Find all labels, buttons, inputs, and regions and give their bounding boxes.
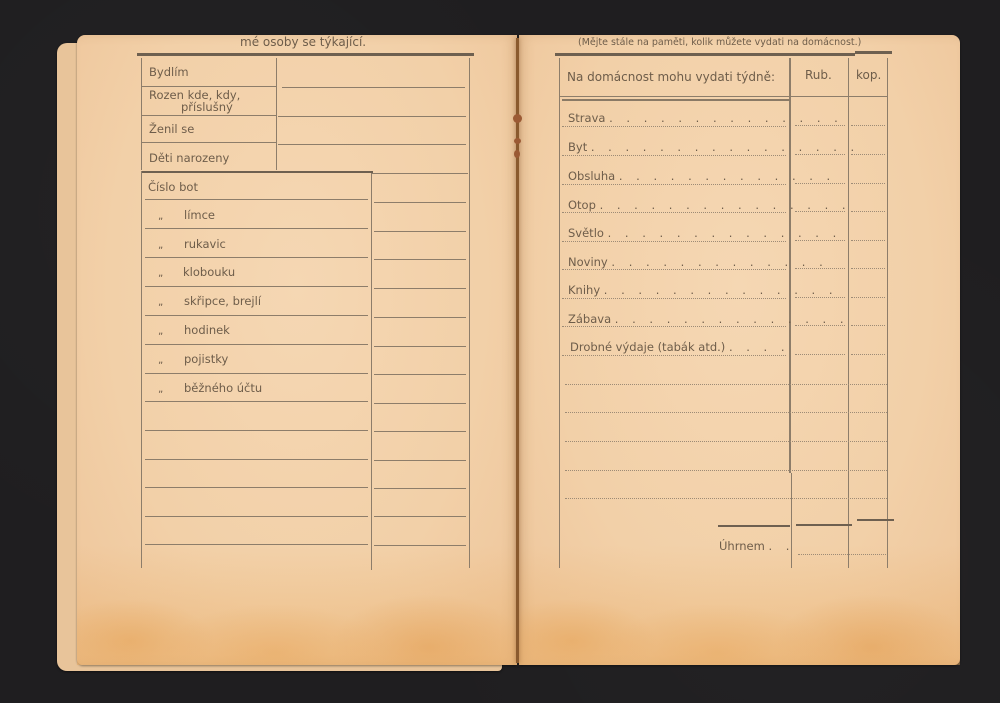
field-label-born-line2: příslušný: [181, 100, 233, 114]
row-divider: [141, 142, 276, 143]
field-label-children: Děti narozeny: [149, 151, 229, 165]
dotted-row-line: [795, 125, 845, 126]
left-page-header: mé osoby se týkající.: [240, 35, 366, 49]
left-page: [77, 35, 517, 665]
row-divider: [374, 202, 466, 203]
row-divider: [145, 401, 368, 402]
row-divider: [145, 459, 368, 460]
dotted-row-line: [795, 240, 845, 241]
rub-column-divider: [791, 473, 792, 568]
dotted-row-line: [562, 241, 786, 242]
row-divider: [141, 115, 276, 116]
ditto-mark: „: [158, 355, 163, 366]
table-divider: [276, 58, 277, 170]
rust-spot: [514, 150, 520, 158]
row-divider: [145, 430, 368, 431]
dotted-row-line: [795, 268, 845, 269]
row-divider: [145, 544, 368, 545]
row-divider: [372, 173, 468, 174]
dotted-row-line: [562, 155, 786, 156]
booklet-spine: [516, 38, 519, 663]
expense-row-small-expenses: Drobné výdaje (tabák atd.) . . . .: [570, 340, 790, 354]
total-rule: [796, 524, 852, 526]
dotted-row-line: [565, 470, 887, 471]
row-divider: [374, 403, 466, 404]
dotted-row-line: [795, 183, 845, 184]
total-rule: [857, 519, 894, 521]
dotted-row-line: [562, 298, 786, 299]
header-rule: [137, 53, 474, 56]
row-divider: [374, 231, 466, 232]
dotted-row-line: [795, 325, 845, 326]
dotted-row-line: [851, 297, 885, 298]
rust-spot: [513, 114, 522, 123]
row-divider: [374, 431, 466, 432]
dotted-row-line: [851, 154, 885, 155]
ditto-mark: „: [158, 384, 163, 395]
size-item-watch: hodinek: [184, 323, 230, 337]
row-divider: [374, 545, 466, 546]
size-item-gloves: rukavic: [184, 237, 226, 251]
section-rule: [141, 171, 373, 173]
total-label: Úhrnem . .: [719, 539, 794, 553]
dotted-row-line: [565, 384, 887, 385]
row-divider: [145, 315, 368, 316]
expense-row-light: Světlo . . . . . . . . . . . . . .: [568, 226, 841, 240]
total-rule: [718, 525, 790, 527]
table-border: [141, 171, 142, 568]
header-rule: [855, 51, 892, 54]
dotted-row-line: [565, 498, 887, 499]
ditto-mark: „: [158, 326, 163, 337]
rust-spot: [514, 138, 521, 144]
dotted-row-line: [565, 412, 887, 413]
dotted-row-line: [562, 212, 786, 213]
table-divider: [371, 173, 372, 570]
row-divider: [374, 259, 466, 260]
column-header-description: Na domácnost mohu vydati týdně:: [567, 70, 775, 84]
row-divider: [374, 460, 466, 461]
dotted-row-line: [795, 354, 845, 355]
field-label-married: Ženil se: [149, 122, 194, 136]
header-rule: [555, 53, 855, 56]
dotted-row-line: [851, 183, 885, 184]
ditto-mark: „: [158, 240, 163, 251]
sizes-title-shoes: Číslo bot: [148, 180, 198, 194]
row-divider: [145, 344, 368, 345]
row-divider: [141, 86, 276, 87]
row-divider: [374, 346, 466, 347]
row-divider: [145, 199, 368, 200]
size-item-collar: límce: [184, 208, 215, 222]
dotted-row-line: [851, 354, 885, 355]
header-divider: [559, 96, 888, 97]
dotted-row-line: [562, 126, 786, 127]
size-item-insurance: pojistky: [184, 352, 228, 366]
dotted-row-line: [795, 154, 845, 155]
ditto-mark: „: [158, 211, 163, 222]
dotted-row-line: [851, 240, 885, 241]
size-item-hat: klobouku: [183, 265, 235, 279]
column-header-kop: kop.: [856, 68, 881, 82]
right-page-header: (Mějte stále na paměti, kolik můžete vyd…: [578, 37, 861, 48]
dotted-row-line: [562, 184, 786, 185]
dotted-row-line: [565, 441, 887, 442]
dotted-row-line: [798, 554, 886, 555]
row-divider: [374, 488, 466, 489]
expense-row-newspapers: Noviny . . . . . . . . . . . . .: [568, 255, 828, 269]
dotted-row-line: [795, 211, 845, 212]
ditto-mark: „: [158, 297, 163, 308]
row-divider: [145, 228, 368, 229]
row-divider: [145, 373, 368, 374]
table-border: [887, 58, 888, 568]
row-divider: [145, 516, 368, 517]
row-divider: [374, 288, 466, 289]
field-label-residence: Bydlím: [149, 65, 189, 79]
dotted-row-line: [562, 355, 786, 356]
table-border: [559, 58, 560, 568]
dotted-row-line: [795, 297, 845, 298]
water-stain: [519, 545, 960, 665]
expense-row-entertainment: Zábava . . . . . . . . . . . . . .: [568, 312, 848, 326]
expense-row-books: Knihy . . . . . . . . . . . . . .: [568, 283, 837, 297]
row-divider: [374, 516, 466, 517]
column-header-rub: Rub.: [805, 68, 832, 82]
table-border: [141, 58, 142, 170]
size-item-current-account: běžného účtu: [184, 381, 262, 395]
expense-row-heating: Otop . . . . . . . . . . . . . . .: [568, 198, 851, 212]
dotted-row-line: [851, 325, 885, 326]
dotted-row-line: [562, 269, 786, 270]
expense-row-food: Strava . . . . . . . . . . . . . .: [568, 111, 843, 125]
header-divider: [562, 99, 790, 101]
row-divider: [145, 286, 368, 287]
row-divider: [145, 487, 368, 488]
row-divider: [278, 116, 466, 117]
size-item-glasses: skřipce, brejlí: [184, 294, 261, 308]
row-divider: [282, 87, 465, 88]
row-divider: [374, 317, 466, 318]
dotted-row-line: [851, 125, 885, 126]
table-border: [469, 58, 470, 568]
ditto-mark: „: [158, 268, 163, 279]
row-divider: [374, 374, 466, 375]
row-divider: [278, 144, 466, 145]
dotted-row-line: [851, 268, 885, 269]
dotted-row-line: [562, 326, 786, 327]
water-stain: [77, 545, 517, 665]
row-divider: [145, 257, 368, 258]
expense-row-service: Obsluha . . . . . . . . . . . . .: [568, 169, 835, 183]
dotted-row-line: [851, 211, 885, 212]
expense-row-housing: Byt . . . . . . . . . . . . . . . .: [568, 140, 859, 154]
